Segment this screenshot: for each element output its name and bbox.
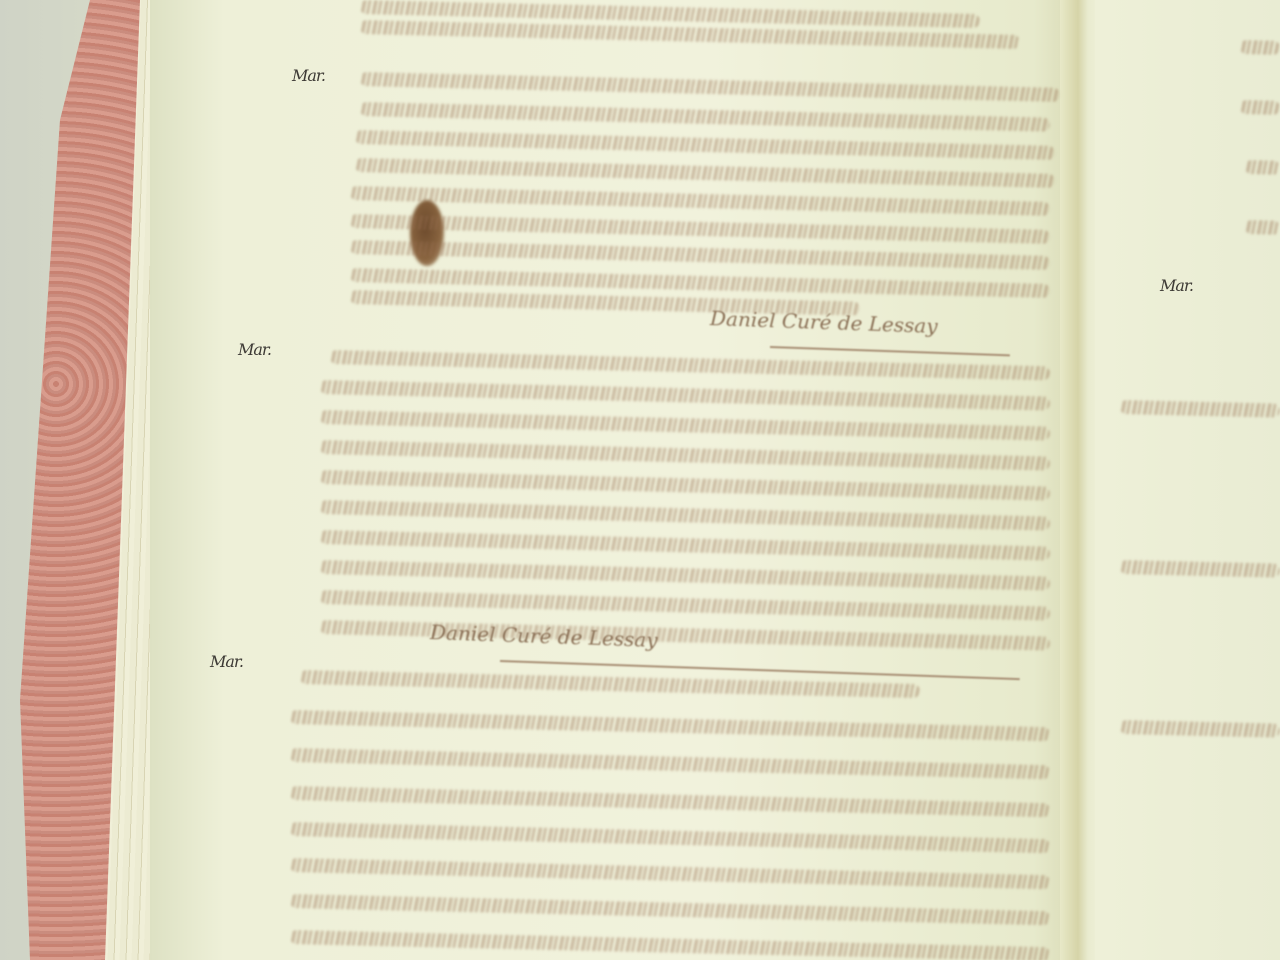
margin-note: Mar. xyxy=(1160,276,1193,295)
margin-note: Mar. xyxy=(210,652,243,671)
right-page xyxy=(1095,0,1280,960)
ink-stain xyxy=(410,200,444,266)
margin-note: Mar. xyxy=(292,66,325,85)
book-gutter xyxy=(1060,0,1100,960)
margin-note: Mar. xyxy=(238,340,271,359)
